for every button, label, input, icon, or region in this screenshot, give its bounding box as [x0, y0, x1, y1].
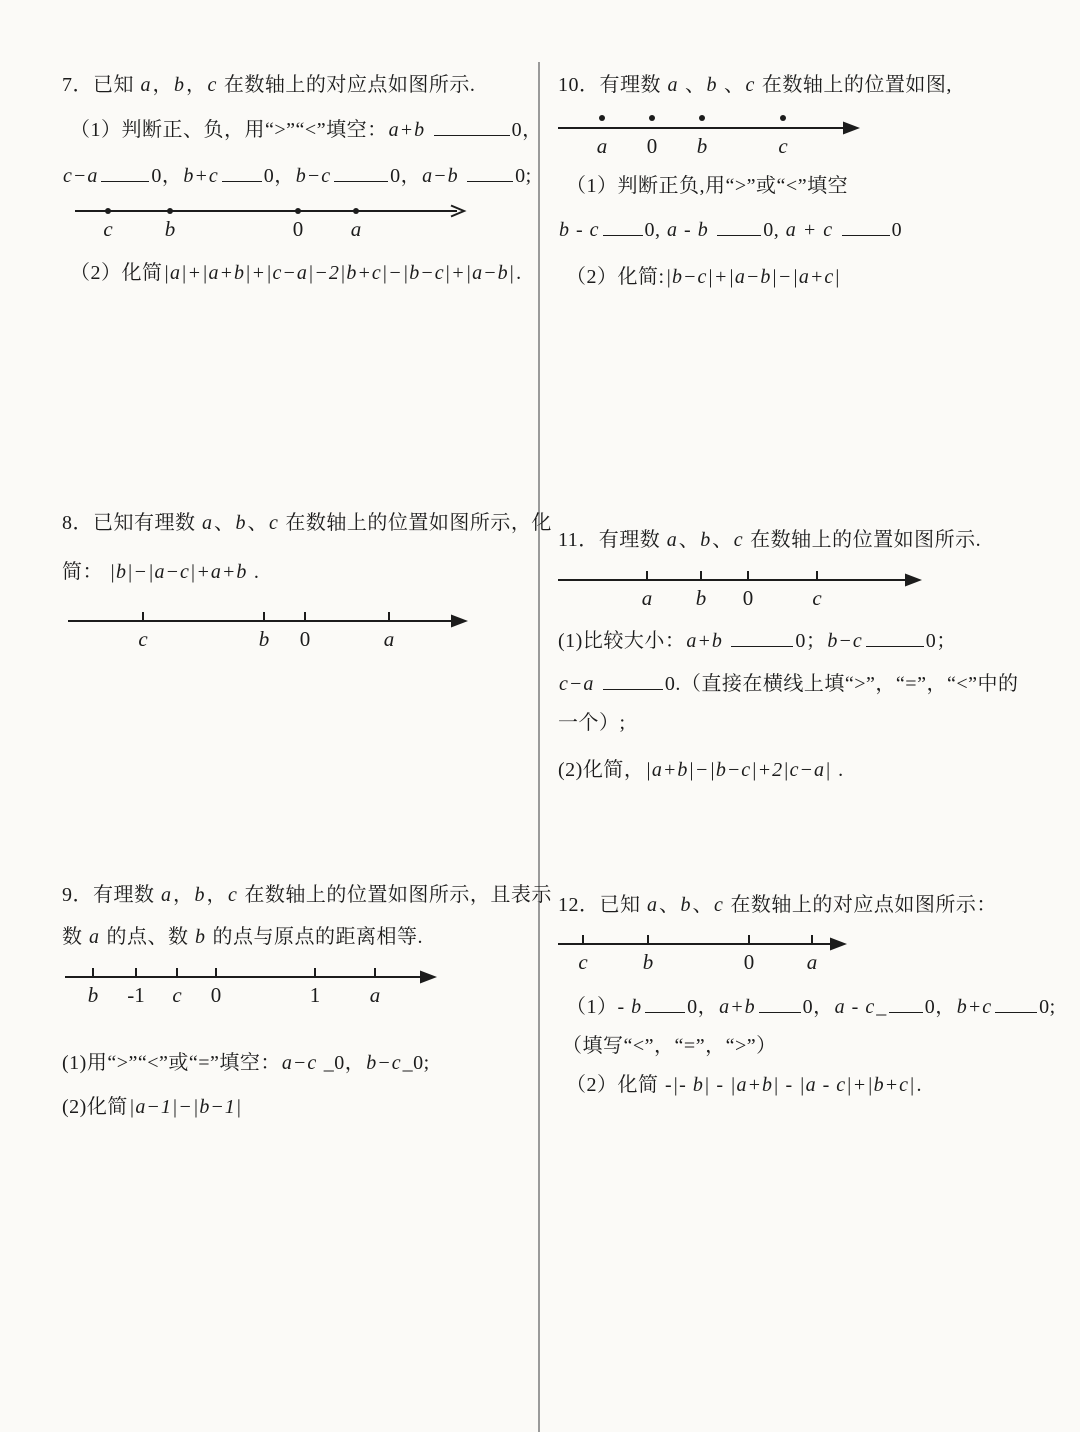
- problem-8: 8．已知有理数 a、b、c 在数轴上的位置如图所示，化 简： |b|−|a−c|…: [62, 508, 538, 668]
- svg-text:0: 0: [743, 586, 754, 610]
- svg-text:b: b: [696, 586, 707, 610]
- svg-text:0: 0: [647, 134, 658, 158]
- svg-text:c: c: [812, 586, 822, 610]
- problem-11-numberline: ab0c: [558, 564, 922, 616]
- problem-12-part1: （1）- b0，a+b0，a - c_0，b+c0;: [566, 992, 1056, 1022]
- svg-text:b: b: [697, 134, 708, 158]
- svg-text:c: c: [778, 134, 788, 158]
- svg-text:a: a: [370, 983, 381, 1007]
- problem-10-title: 10．有理数 a 、b 、c 在数轴上的位置如图,: [558, 70, 952, 100]
- problem-7-part1: （1）判断正、负，用“>”“<”填空：a+b 0，: [70, 115, 543, 145]
- svg-text:a: a: [384, 627, 395, 651]
- svg-text:b: b: [165, 217, 176, 241]
- problem-10-numberline: a0bc: [558, 112, 860, 164]
- problem-8-expression: 简： |b|−|a−c|+a+b .: [62, 557, 259, 587]
- problem-7-part2: （2）化简|a|+|a+b|+|c−a|−2|b+c|−|b−c|+|a−b|.: [70, 258, 522, 288]
- svg-text:b: b: [88, 983, 99, 1007]
- problem-9-part2: (2)化简|a−1|−|b−1|: [62, 1092, 243, 1122]
- problem-11-part1: (1)比较大小：a+b 0；b−c0；: [558, 626, 957, 656]
- problem-11-part2: (2)化简，|a+b|−|b−c|+2|c−a| .: [558, 755, 844, 785]
- svg-text:c: c: [172, 983, 182, 1007]
- problem-7-title: 7．已知 a，b，c 在数轴上的对应点如图所示.: [62, 70, 475, 100]
- worksheet-page: 7．已知 a，b，c 在数轴上的对应点如图所示. （1）判断正、负，用“>”“<…: [0, 0, 1080, 1432]
- problem-8-title: 8．已知有理数 a、b、c 在数轴上的位置如图所示，化: [62, 508, 552, 538]
- svg-text:a: a: [597, 134, 608, 158]
- svg-text:0: 0: [300, 627, 311, 651]
- problem-10-part1-blanks: b - c0, a - b 0, a + c 0: [558, 215, 902, 245]
- problem-9-title-2: 数 a 的点、数 b 的点与原点的距离相等.: [62, 922, 423, 952]
- problem-10-part1: （1）判断正负,用“>”或“<”填空: [566, 171, 848, 201]
- svg-text:c: c: [138, 627, 148, 651]
- column-divider: [538, 62, 540, 1432]
- svg-text:a: a: [807, 950, 818, 974]
- svg-text:b: b: [259, 627, 270, 651]
- problem-12-part2: （2）化简 -|- b| - |a+b| - |a - c|+|b+c|.: [566, 1070, 922, 1100]
- problem-9-title: 9．有理数 a，b，c 在数轴上的位置如图所示，且表示: [62, 880, 552, 910]
- problem-8-numberline: cb0a: [68, 605, 468, 657]
- problem-9-numberline: b-1c01a: [65, 961, 437, 1013]
- svg-text:a: a: [642, 586, 653, 610]
- svg-text:c: c: [578, 950, 588, 974]
- svg-text:0: 0: [293, 217, 304, 241]
- svg-text:a: a: [351, 217, 362, 241]
- problem-11-part1-cont2: 一个）;: [558, 708, 626, 738]
- problem-12-numberline: cb0a: [558, 928, 847, 980]
- problem-10: 10．有理数 a 、b 、c 在数轴上的位置如图, a0bc （1）判断正负,用…: [558, 70, 1048, 320]
- problem-10-part2: （2）化简:|b−c|+|a−b|−|a+c|: [566, 262, 842, 292]
- problem-7-numberline: cb0a: [75, 195, 465, 247]
- svg-text:c: c: [103, 217, 113, 241]
- svg-text:1: 1: [310, 983, 321, 1007]
- svg-text:-1: -1: [127, 983, 145, 1007]
- svg-text:b: b: [643, 950, 654, 974]
- problem-12-title: 12．已知 a、b、c 在数轴上的对应点如图所示：: [558, 890, 997, 920]
- problem-12-part1-note: （填写“<”，“=”，“>”）: [562, 1031, 777, 1061]
- problem-11-part1-cont: c−a 0.（直接在横线上填“>”，“=”，“<”中的: [558, 669, 1018, 699]
- problem-9-part1: (1)用“>”“<”或“=”填空：a−c _0，b−c_0;: [62, 1048, 430, 1078]
- problem-9: 9．有理数 a，b，c 在数轴上的位置如图所示，且表示 数 a 的点、数 b 的…: [62, 880, 538, 1140]
- problem-7: 7．已知 a，b，c 在数轴上的对应点如图所示. （1）判断正、负，用“>”“<…: [62, 70, 538, 320]
- problem-11: 11．有理数 a、b、c 在数轴上的位置如图所示. ab0c (1)比较大小：a…: [558, 525, 1048, 805]
- svg-text:0: 0: [744, 950, 755, 974]
- svg-text:0: 0: [211, 983, 222, 1007]
- problem-11-title: 11．有理数 a、b、c 在数轴上的位置如图所示.: [558, 525, 981, 555]
- problem-12: 12．已知 a、b、c 在数轴上的对应点如图所示： cb0a （1）- b0，a…: [558, 890, 1068, 1120]
- problem-7-part1-blanks: c−a0，b+c0，b−c0，a−b 0;: [62, 161, 532, 191]
